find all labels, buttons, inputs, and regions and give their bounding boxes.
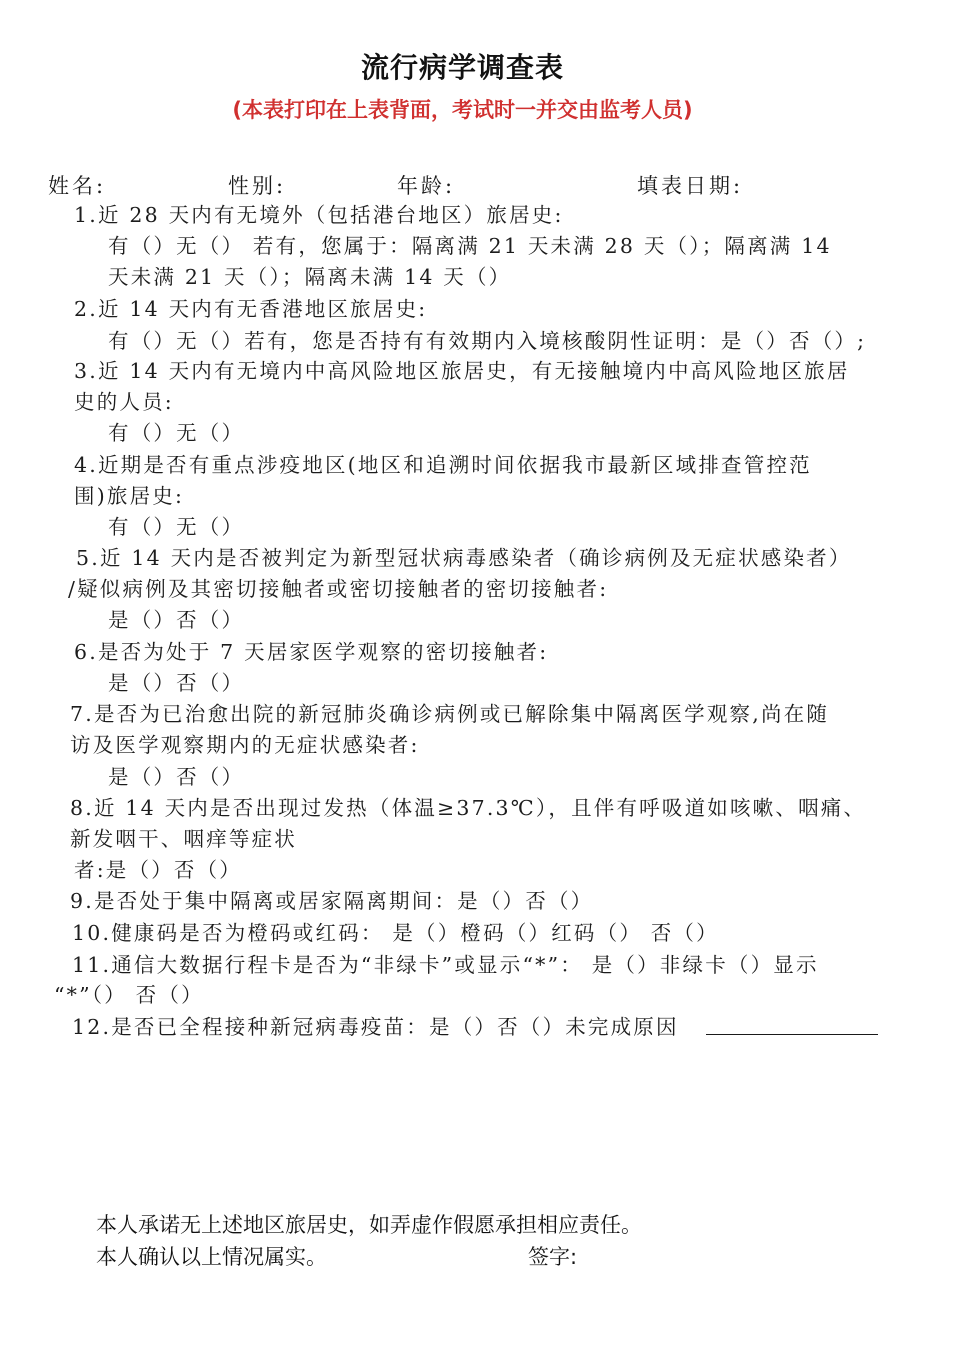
- pledge-statement: 本人承诺无上述地区旅居史，如弄虚作假愿承担相应责任。: [96, 1209, 642, 1239]
- question-3-options: 有（）无（）: [108, 418, 244, 448]
- question-2-options: 有（）无（）若有，您是否持有有效期内入境核酸阴性证明：是（）否（）;: [108, 326, 866, 356]
- age-field-label: 年龄:: [397, 170, 455, 200]
- question-6-options: 是（）否（）: [108, 668, 244, 698]
- question-8-options: 者:是（）否（）: [74, 855, 242, 885]
- question-2-text: 2.近 14 天内有无香港地区旅居史:: [74, 294, 427, 324]
- date-field-label: 填表日期:: [637, 170, 743, 200]
- question-1-options-cont: 天未满 21 天（）；隔离未满 14 天（）: [108, 262, 511, 292]
- form-title: 流行病学调查表: [0, 46, 925, 86]
- question-12-text: 12.是否已全程接种新冠病毒疫苗：是（）否（）未完成原因: [72, 1012, 679, 1042]
- question-5-text: 5.近 14 天内是否被判定为新型冠状病毒感染者（确诊病例及无症状感染者）: [76, 543, 852, 573]
- question-7-text: 7.是否为已治愈出院的新冠肺炎确诊病例或已解除集中隔离医学观察,尚在随: [70, 699, 829, 729]
- question-9-text: 9.是否处于集中隔离或居家隔离期间：是（）否（）: [70, 886, 593, 916]
- name-field-label: 姓名:: [48, 170, 106, 200]
- question-8-text: 8.近 14 天内是否出现过发热（体温≥37.3℃），且伴有呼吸道如咳嗽、咽痛、: [70, 793, 866, 823]
- question-4-text-cont: 围)旅居史:: [74, 481, 184, 511]
- question-5-text-cont: /疑似病例及其密切接触者或密切接触者的密切接触者:: [68, 574, 608, 604]
- gender-field-label: 性别:: [228, 170, 286, 200]
- confirmation-statement: 本人确认以上情况属实。: [96, 1241, 327, 1271]
- question-1-text: 1.近 28 天内有无境外（包括港台地区）旅居史:: [74, 200, 564, 230]
- signature-label: 签字:: [528, 1241, 577, 1271]
- question-7-options: 是（）否（）: [108, 762, 244, 792]
- question-3-text: 3.近 14 天内有无境内中高风险地区旅居史，有无接触境内中高风险地区旅居: [74, 356, 850, 386]
- question-6-text: 6.是否为处于 7 天居家医学观察的密切接触者:: [74, 637, 548, 667]
- question-1-options: 有（）无（） 若有，您属于：隔离满 21 天未满 28 天（）；隔离满 14: [108, 231, 832, 261]
- question-3-text-cont: 史的人员:: [74, 387, 174, 417]
- question-11-text-cont: “*”（） 否（）: [54, 980, 204, 1010]
- question-10-text: 10.健康码是否为橙码或红码： 是（）橙码（）红码（） 否（）: [72, 918, 719, 948]
- question-4-text: 4.近期是否有重点涉疫地区(地区和追溯时间依据我市最新区域排查管控范: [74, 450, 812, 480]
- question-8-text-cont: 新发咽干、咽痒等症状: [70, 824, 297, 854]
- question-11-text: 11.通信大数据行程卡是否为“非绿卡”或显示“*”： 是（）非绿卡（）显示: [72, 950, 819, 980]
- form-subtitle-note: (本表打印在上表背面，考试时一并交由监考人员): [0, 94, 925, 124]
- question-4-options: 有（）无（）: [108, 512, 244, 542]
- incomplete-reason-blank-line[interactable]: [706, 1034, 878, 1035]
- question-7-text-cont: 访及医学观察期内的无症状感染者:: [70, 730, 420, 760]
- question-5-options: 是（）否（）: [108, 605, 244, 635]
